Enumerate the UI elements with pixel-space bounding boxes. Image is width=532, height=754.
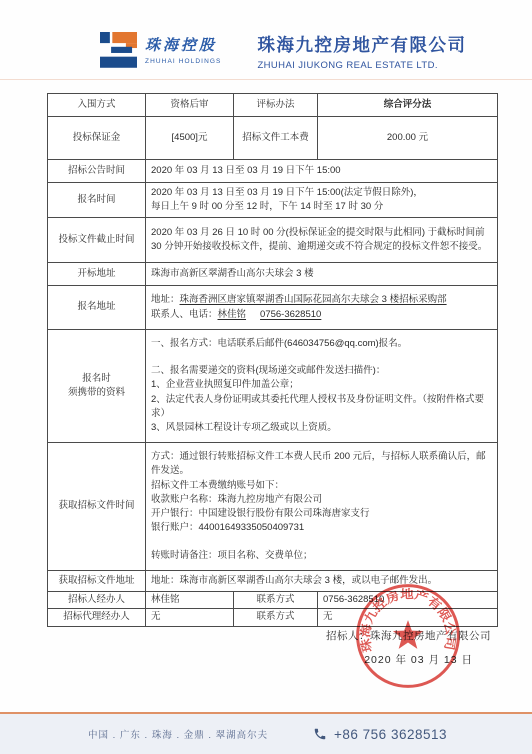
logo-brand-text: 珠海控股 ZHUHAI HOLDINGS [145, 32, 221, 65]
cell-obtain-documents-time-value: 方式：通过银行转账招标文件工本费人民币 200 元后，与招标人联系确认后，邮件发… [146, 443, 498, 571]
required-materials-label-line1: 报名时 [50, 372, 143, 386]
contact-phone: 0756-3628510 [260, 309, 321, 320]
table-row: 获取招标文件地址 地址：珠海市高新区翠湖香山高尔夫球会 3 楼，或以电子邮件发出… [48, 571, 498, 592]
materials-item-2: 二、报名需要递交的资料(现场递交或邮件发送扫描件)： [151, 364, 492, 378]
footer-phone-number: +86 756 3628513 [334, 727, 447, 742]
cell-entry-method-label: 入围方式 [48, 94, 146, 117]
cell-agency-contact-value: 无 [318, 609, 498, 626]
tender-info-table: 入围方式 资格后审 评标办法 综合评分法 投标保证金 [4500]元 招标文件工… [47, 93, 498, 627]
bank-name: 开户银行：中国建设银行股份有限公司珠海唐家支行 [151, 507, 492, 521]
cell-registration-time-label: 报名时间 [48, 183, 146, 218]
cell-agency-contact-label: 联系方式 [234, 609, 318, 626]
footer-address: 中国 . 广东 . 珠海 . 金鼎 . 翠湖高尔夫 [88, 727, 268, 741]
company-name-en: ZHUHAI JIUKONG REAL ESTATE LTD. [257, 60, 466, 71]
cell-registration-address-label: 报名地址 [48, 286, 146, 330]
cell-tenderer-agent-name: 林佳铭 [146, 592, 234, 609]
cell-contact-method-value: 0756-3628510 [318, 592, 498, 609]
cell-obtain-documents-time-label: 获取招标文件时间 [48, 443, 146, 571]
table-row: 招标代理经办人 无 联系方式 无 [48, 609, 498, 626]
cell-registration-address-value: 地址：珠海香洲区唐家镇翠湖香山国际花园高尔夫球会 3 楼招标采购部 联系人、电话… [146, 286, 498, 330]
cell-document-fee-label: 招标文件工本费 [234, 117, 318, 160]
cell-bid-opening-address-label: 开标地址 [48, 263, 146, 286]
cell-document-fee-value: 200.00 元 [318, 117, 498, 160]
table-row: 招标人经办人 林佳铭 联系方式 0756-3628510 [48, 592, 498, 609]
payment-account-intro: 招标文件工本费缴纳账号如下： [151, 479, 492, 493]
table-row: 报名时 须携带的资料 一、报名方式：电话联系后邮件(646034756@qq.c… [48, 330, 498, 443]
contact-name: 林佳铭 [218, 309, 247, 320]
header-divider [0, 79, 532, 80]
address-underlined: 珠海香洲区唐家镇翠湖香山国际花园高尔夫球会 3 楼招标采购部 [180, 294, 447, 305]
company-name-cn: 珠海九控房地产有限公司 [257, 32, 466, 57]
cell-qualification-review: 资格后审 [146, 94, 234, 117]
materials-item-4: 2、法定代表人身份证明或其委托代理人授权书及身份证明文件。（按附件格式要求） [151, 393, 492, 422]
brand-name-cn: 珠海控股 [145, 34, 221, 55]
registration-address-line2: 联系人、电话：林佳铭0756-3628510 [151, 308, 492, 322]
footer-phone-block: +86 756 3628513 [313, 727, 447, 742]
address-prefix: 地址： [151, 294, 180, 305]
brand-name-en: ZHUHAI HOLDINGS [145, 58, 221, 65]
cell-evaluation-method-value: 综合评分法 [318, 94, 498, 117]
table-row: 入围方式 资格后审 评标办法 综合评分法 [48, 94, 498, 117]
cell-required-materials-value: 一、报名方式：电话联系后邮件(646034756@qq.com)报名。 二、报名… [146, 330, 498, 443]
table-row: 投标保证金 [4500]元 招标文件工本费 200.00 元 [48, 117, 498, 160]
cell-registration-time-value: 2020 年 03 月 13 日至 03 月 19 日下午 15:00(法定节假… [146, 183, 498, 218]
cell-contact-method-label: 联系方式 [234, 592, 318, 609]
signature-date: 2020 年 03 月 13 日 [364, 652, 473, 667]
company-title-block: 珠海九控房地产有限公司 ZHUHAI JIUKONG REAL ESTATE L… [257, 32, 466, 71]
cell-agency-agent-name: 无 [146, 609, 234, 626]
obtain-method-line: 方式：通过银行转账招标文件工本费人民币 200 元后，与招标人联系确认后，邮件发… [151, 450, 492, 479]
cell-announcement-time-label: 招标公告时间 [48, 160, 146, 183]
page-footer: 中国 . 广东 . 珠海 . 金鼎 . 翠湖高尔夫 +86 756 362851… [0, 712, 532, 754]
table-row: 招标公告时间 2020 年 03 月 13 日至 03 月 19 日下午 15:… [48, 160, 498, 183]
table-row: 投标文件截止时间 2020 年 03 月 26 日 10 时 00 分(投标保证… [48, 218, 498, 263]
transfer-remark: 转账时请备注：项目名称、交费单位； [151, 549, 492, 563]
table-row: 报名地址 地址：珠海香洲区唐家镇翠湖香山国际花园高尔夫球会 3 楼招标采购部 联… [48, 286, 498, 330]
materials-item-1: 一、报名方式：电话联系后邮件(646034756@qq.com)报名。 [151, 337, 492, 351]
cell-agency-agent-label: 招标代理经办人 [48, 609, 146, 626]
cell-obtain-documents-address-label: 获取招标文件地址 [48, 571, 146, 592]
zhuhai-holdings-logo-icon [100, 32, 137, 69]
table-row: 获取招标文件时间 方式：通过银行转账招标文件工本费人民币 200 元后，与招标人… [48, 443, 498, 571]
required-materials-label-line2: 须携带的资料 [50, 386, 143, 400]
registration-time-line1: 2020 年 03 月 13 日至 03 月 19 日下午 15:00(法定节假… [151, 186, 492, 200]
cell-obtain-documents-address-value: 地址：珠海市高新区翠湖香山高尔夫球会 3 楼，或以电子邮件发出。 [146, 571, 498, 592]
cell-required-materials-label: 报名时 须携带的资料 [48, 330, 146, 443]
payee-account-name: 收款账户名称：珠海九控房地产有限公司 [151, 493, 492, 507]
cell-announcement-time-value: 2020 年 03 月 13 日至 03 月 19 日下午 15:00 [146, 160, 498, 183]
letterhead: 珠海控股 ZHUHAI HOLDINGS 珠海九控房地产有限公司 ZHUHAI … [100, 32, 502, 71]
cell-bid-deadline-value: 2020 年 03 月 26 日 10 时 00 分(投标保证金的提交时限与此相… [146, 218, 498, 263]
cell-bid-bond-value: [4500]元 [146, 117, 234, 160]
cell-bid-opening-address-value: 珠海市高新区翠湖香山高尔夫球会 3 楼 [146, 263, 498, 286]
cell-evaluation-method-label: 评标办法 [234, 94, 318, 117]
cell-bid-deadline-label: 投标文件截止时间 [48, 218, 146, 263]
registration-time-line2: 每日上午 9 时 00 分至 12 时，下午 14 时至 17 时 30 分 [151, 200, 492, 214]
cell-bid-bond-label: 投标保证金 [48, 117, 146, 160]
materials-item-3: 1、企业营业执照复印件加盖公章； [151, 378, 492, 392]
cell-tenderer-agent-label: 招标人经办人 [48, 592, 146, 609]
registration-address-line1: 地址：珠海香洲区唐家镇翠湖香山国际花园高尔夫球会 3 楼招标采购部 [151, 293, 492, 307]
materials-item-5: 3、风景园林工程设计专项乙级或以上资质。 [151, 421, 492, 435]
document-page: 珠海控股 ZHUHAI HOLDINGS 珠海九控房地产有限公司 ZHUHAI … [0, 0, 532, 754]
tenderer-signature-line: 招标人：珠海九控房地产有限公司 [326, 628, 491, 643]
phone-icon [313, 727, 327, 741]
bank-account-number: 银行账户：44001649335050409731 [151, 521, 492, 535]
table-row: 开标地址 珠海市高新区翠湖香山高尔夫球会 3 楼 [48, 263, 498, 286]
contact-prefix: 联系人、电话： [151, 309, 218, 320]
table-row: 报名时间 2020 年 03 月 13 日至 03 月 19 日下午 15:00… [48, 183, 498, 218]
